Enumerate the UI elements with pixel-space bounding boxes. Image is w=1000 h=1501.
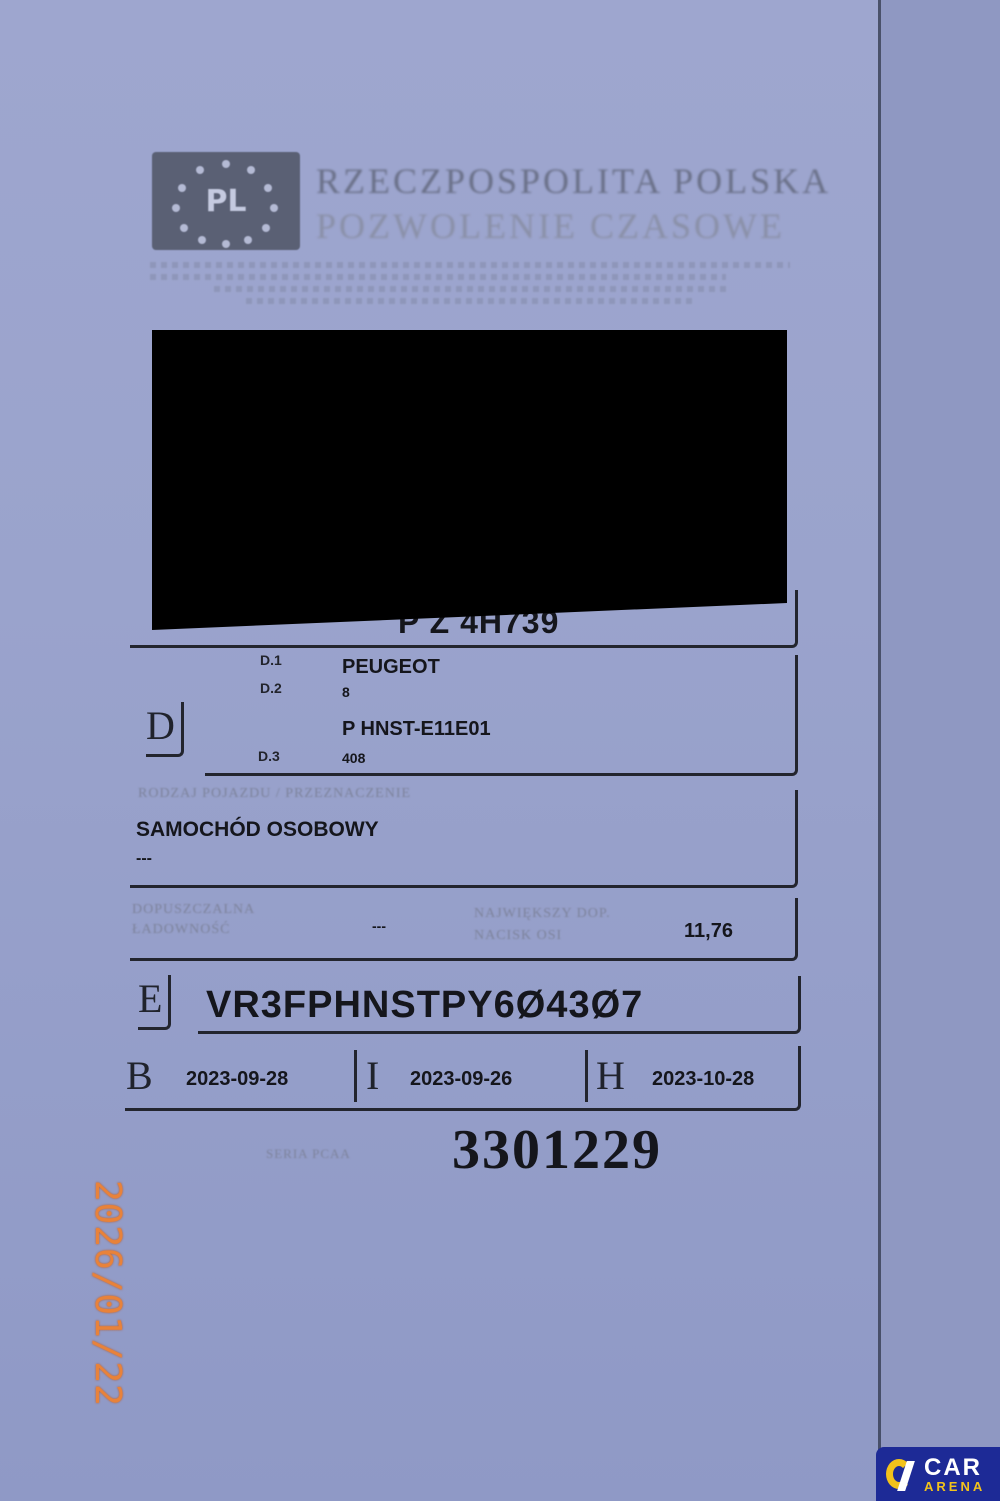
field-code: D.2 xyxy=(260,680,282,696)
vehicle-type: SAMOCHÓD OSOBOWY xyxy=(136,818,379,842)
make: PEUGEOT xyxy=(342,656,440,679)
document-number: 3301229 xyxy=(452,1118,662,1182)
axle-label-1: NAJWIĘKSZY DOP. xyxy=(474,906,611,922)
header-country: RZECZPOSPOLITA POLSKA xyxy=(316,160,831,202)
divider xyxy=(585,1050,588,1102)
date-registration: 2023-09-26 xyxy=(410,1068,512,1091)
field-code: D.1 xyxy=(260,652,282,668)
car-arena-logo-icon xyxy=(886,1457,918,1491)
background-strip xyxy=(881,0,1000,1501)
date-letter-i: I xyxy=(366,1052,379,1099)
load-value: --- xyxy=(372,918,386,934)
axle-value: 11,76 xyxy=(684,920,733,943)
divider xyxy=(354,1050,357,1102)
eu-pl-emblem: PL xyxy=(152,152,300,250)
section-d-letter: D xyxy=(146,702,184,757)
date-valid-until: 2023-10-28 xyxy=(652,1068,754,1091)
section-e-letter: E xyxy=(138,975,171,1030)
load-label-1: DOPUSZCZALNA xyxy=(132,902,255,918)
date-letter-b: B xyxy=(126,1052,153,1099)
load-label-2: ŁADOWNOŚĆ xyxy=(132,922,230,938)
series-label: SERIA PCAA xyxy=(266,1146,351,1162)
redaction-block xyxy=(152,330,787,630)
date-first-registration: 2023-09-28 xyxy=(186,1068,288,1091)
model: 408 xyxy=(342,750,365,766)
vehicle-subtype: --- xyxy=(136,850,152,868)
car-arena-watermark: CAR ARENA xyxy=(876,1447,1000,1501)
date-letter-h: H xyxy=(596,1052,625,1099)
logo-text-car: CAR xyxy=(924,1456,985,1480)
vin: VR3FPHNSTPY6Ø43Ø7 xyxy=(206,984,643,1027)
photo-date-stamp: 2026/01/22 xyxy=(88,1180,128,1410)
variant: P HNST-E11E01 xyxy=(342,718,491,741)
usage-label: RODZAJ POJAZDU / PRZEZNACZENIE xyxy=(138,786,411,802)
section-d-box xyxy=(205,655,798,776)
fine-print xyxy=(150,256,790,310)
axle-label-2: NACISK OSI xyxy=(474,928,562,944)
country-code: PL xyxy=(205,184,246,219)
type: 8 xyxy=(342,684,350,700)
field-code: D.3 xyxy=(258,748,280,764)
header-doc-type: POZWOLENIE CZASOWE xyxy=(316,205,785,247)
logo-text-arena: ARENA xyxy=(924,1480,985,1493)
